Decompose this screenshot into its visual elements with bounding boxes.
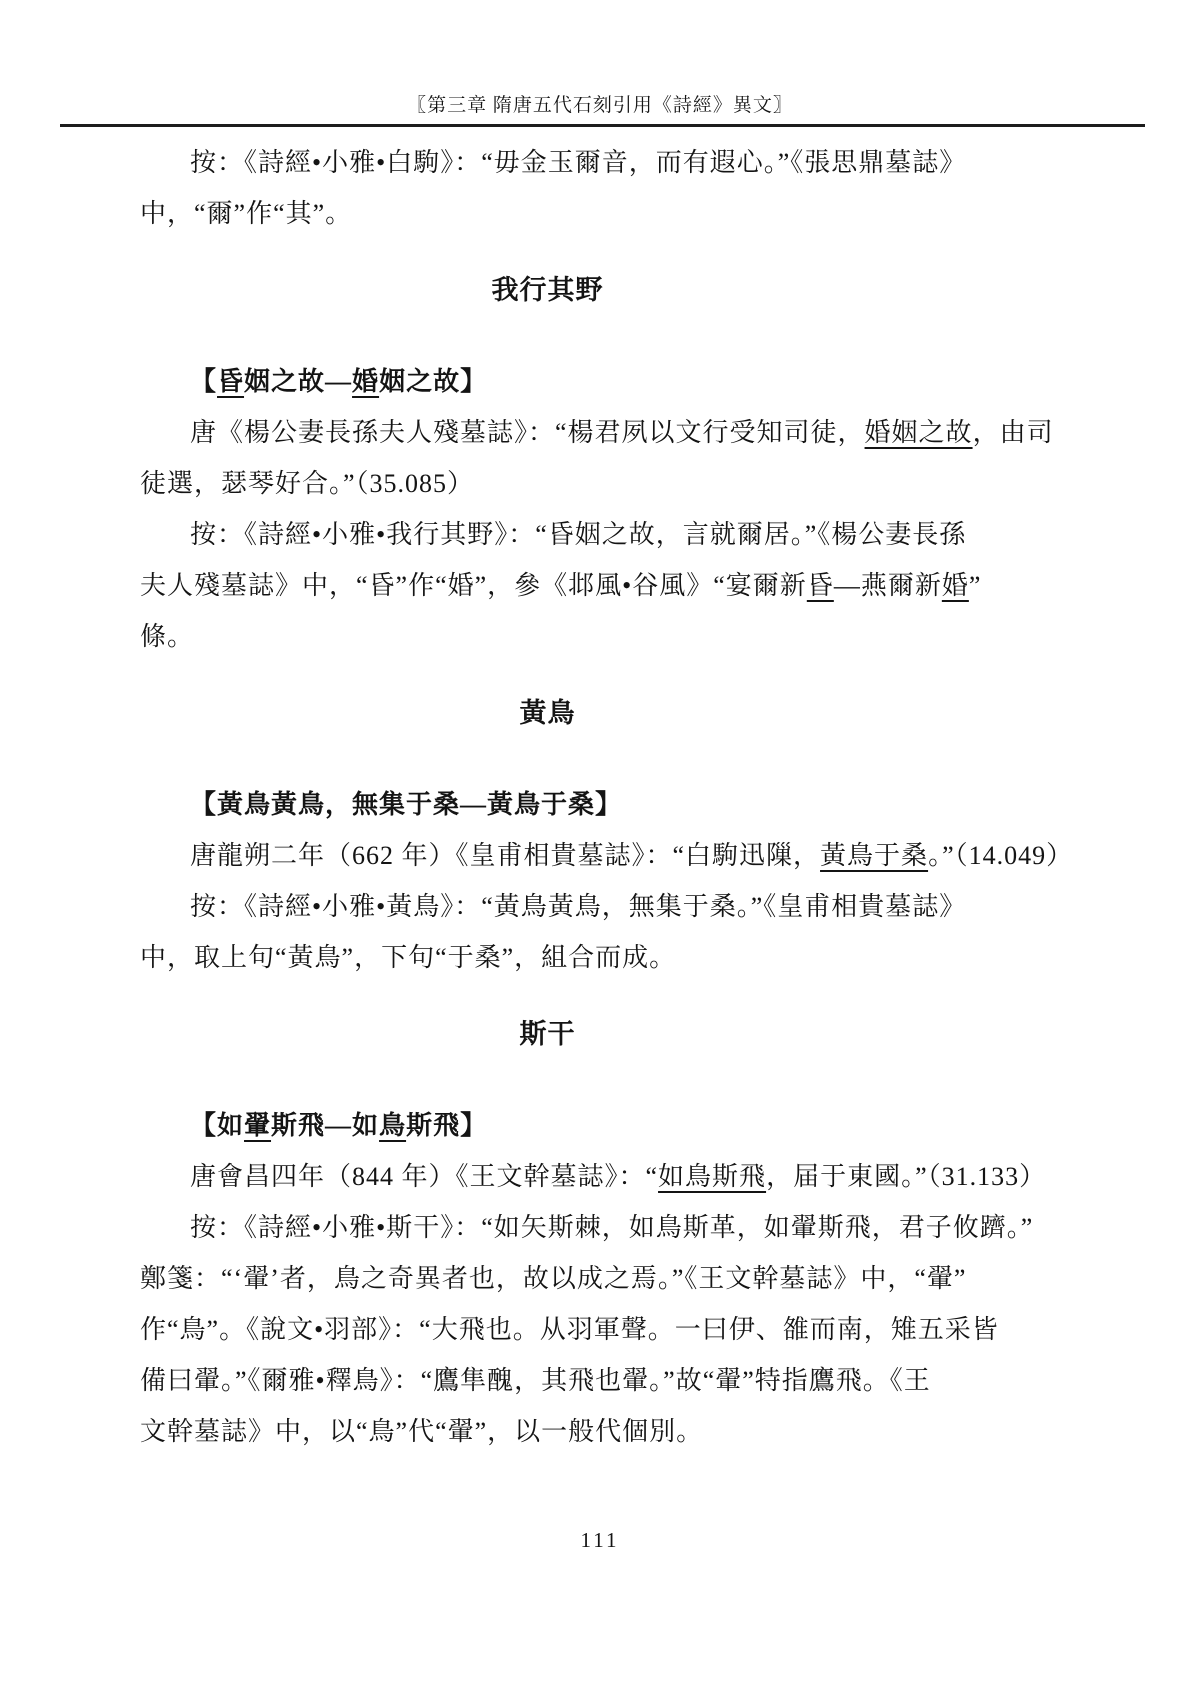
text-line: 按：《詩經•小雅•斯干》：“如矢斯棘，如鳥斯革，如翬斯飛，君子攸躋。” [140,1202,1085,1253]
underlined-text: 昏 [807,571,834,600]
underlined-text: 黃鳥于桑 [820,841,928,870]
text-segment: 文幹墓誌》中，以“鳥”代“翬”，以一般代個別。 [140,1417,703,1446]
text-segment: 。”（14.049） [928,841,1073,870]
underlined-text: 婚姻之故 [865,418,973,447]
entry-heading: 【如翬斯飛—如鳥斯飛】 [140,1100,1085,1151]
text-segment: 鄭箋：“‘翬’者，鳥之奇異者也，故以成之焉。”《王文幹墓誌》中，“翬” [140,1264,966,1293]
underlined-text: 昏 [217,367,244,396]
text-segment: ，由司 [973,418,1054,447]
text-segment: 【如 [190,1111,244,1140]
text-line: 按：《詩經•小雅•我行其野》：“昏姻之故，言就爾居。”《楊公妻長孫 [140,509,1085,560]
text-segment: 斯飛—如 [271,1111,379,1140]
text-line: 中，“爾”作“其”。 [140,188,1085,239]
entry-heading: 【黃鳥黃鳥，無集于桑—黃鳥于桑】 [140,779,1085,830]
text-line: 備曰翬。”《爾雅•釋鳥》：“鷹隼醜，其飛也翬。”故“翬”特指鷹飛。《王 [140,1355,1085,1406]
text-segment: 姻之故】 [379,367,487,396]
text-segment: 條。 [140,622,194,651]
text-line: 文幹墓誌》中，以“鳥”代“翬”，以一般代個別。 [140,1406,1085,1457]
text-segment: 按：《詩經•小雅•我行其野》：“昏姻之故，言就爾居。”《楊公妻長孫 [190,520,966,549]
text-segment: 姻之故— [244,367,352,396]
text-line: 鄭箋：“‘翬’者，鳥之奇異者也，故以成之焉。”《王文幹墓誌》中，“翬” [140,1253,1085,1304]
text-segment: 徒選，瑟琴好合。”（35.085） [140,469,474,498]
text-segment: —燕爾新 [834,571,942,600]
underlined-text: 鳥 [379,1111,406,1140]
section-heading: 斯干 [140,1009,1085,1060]
underlined-text: 翬 [244,1111,271,1140]
text-segment: 唐龍朔二年（662 年）《皇甫相貴墓誌》：“白駒迅隟， [190,841,820,870]
text-line: 條。 [140,611,1085,662]
text-segment: 【黃鳥黃鳥，無集于桑—黃鳥于桑】 [190,790,622,819]
text-line: 中，取上句“黃鳥”，下句“于桑”，組合而成。 [140,932,1085,983]
text-segment: 按：《詩經•小雅•黃鳥》：“黃鳥黃鳥，無集于桑。”《皇甫相貴墓誌》 [190,892,966,921]
running-header: 〖第三章 隋唐五代石刻引用《詩經》異文〗 [0,90,1200,117]
section-heading: 我行其野 [140,265,1085,316]
text-line: 按：《詩經•小雅•白駒》：“毋金玉爾音，而有遐心。”《張思鼎墓誌》 [140,137,1085,188]
text-segment: ，届于東國。”（31.133） [766,1162,1046,1191]
text-segment: 【 [190,367,217,396]
text-line: 唐《楊公妻長孫夫人殘墓誌》：“楊君夙以文行受知司徒，婚姻之故，由司 [140,407,1085,458]
text-segment: 唐會昌四年（844 年）《王文幹墓誌》：“ [190,1162,658,1191]
text-line: 夫人殘墓誌》中，“昏”作“婚”，參《邶風•谷風》“宴爾新昏—燕爾新婚” [140,560,1085,611]
text-segment: 備曰翬。”《爾雅•釋鳥》：“鷹隼醜，其飛也翬。”故“翬”特指鷹飛。《王 [140,1366,931,1395]
page-body: 按：《詩經•小雅•白駒》：“毋金玉爾音，而有遐心。”《張思鼎墓誌》中，“爾”作“… [140,137,1085,1457]
text-line: 唐龍朔二年（662 年）《皇甫相貴墓誌》：“白駒迅隟，黃鳥于桑。”（14.049… [140,830,1085,881]
text-line: 按：《詩經•小雅•黃鳥》：“黃鳥黃鳥，無集于桑。”《皇甫相貴墓誌》 [140,881,1085,932]
text-segment: 中，“爾”作“其”。 [140,199,352,228]
text-line: 徒選，瑟琴好合。”（35.085） [140,458,1085,509]
text-segment: 唐《楊公妻長孫夫人殘墓誌》：“楊君夙以文行受知司徒， [190,418,865,447]
document-page: 〖第三章 隋唐五代石刻引用《詩經》異文〗 按：《詩經•小雅•白駒》：“毋金玉爾音… [0,0,1200,1697]
section-heading: 黃鳥 [140,688,1085,739]
text-segment: 作“鳥”。《說文•羽部》：“大飛也。从羽軍聲。一曰伊、雒而南，雉五采皆 [140,1315,999,1344]
text-line: 作“鳥”。《說文•羽部》：“大飛也。从羽軍聲。一曰伊、雒而南，雉五采皆 [140,1304,1085,1355]
underlined-text: 婚 [352,367,379,396]
text-segment: ” [969,571,982,600]
underlined-text: 婚 [942,571,969,600]
page-number: 111 [0,1528,1200,1553]
text-segment: 夫人殘墓誌》中，“昏”作“婚”，參《邶風•谷風》“宴爾新 [140,571,807,600]
text-segment: 中，取上句“黃鳥”，下句“于桑”，組合而成。 [140,943,676,972]
underlined-text: 如鳥斯飛 [658,1162,766,1191]
text-segment: 斯飛】 [406,1111,487,1140]
entry-heading: 【昏姻之故—婚姻之故】 [140,356,1085,407]
header-rule [60,124,1145,127]
text-segment: 按：《詩經•小雅•斯干》：“如矢斯棘，如鳥斯革，如翬斯飛，君子攸躋。” [190,1213,1033,1242]
text-segment: 按：《詩經•小雅•白駒》：“毋金玉爾音，而有遐心。”《張思鼎墓誌》 [190,148,966,177]
text-line: 唐會昌四年（844 年）《王文幹墓誌》：“如鳥斯飛，届于東國。”（31.133） [140,1151,1085,1202]
